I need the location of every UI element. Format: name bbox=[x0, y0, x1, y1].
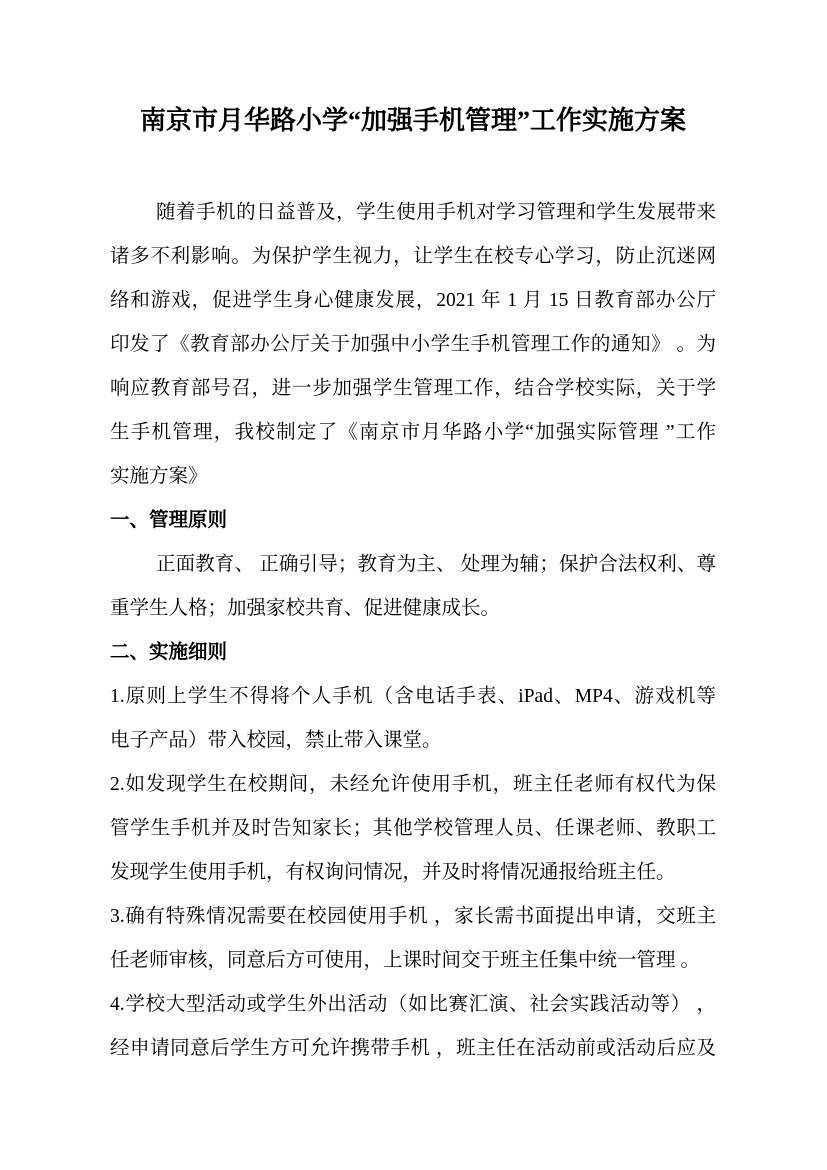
text-line-5: 响应教育部号召，进一步加强学生管理工作，结合学校实际，关于学 bbox=[110, 367, 716, 411]
text-line-6: 生手机管理，我校制定了《南京市月华路小学“加强实际管理 ”工作 bbox=[110, 411, 716, 455]
text-line-7: 实施方案》 bbox=[110, 455, 716, 499]
text-line-19: 4.学校大型活动或学生外出活动（如比赛汇演、社会实践活动等） ， bbox=[110, 983, 716, 1027]
text-line-15: 管学生手机并及时告知家长；其他学校管理人员、任课老师、教职工 bbox=[110, 807, 716, 851]
text-line-16: 发现学生使用手机，有权询问情况，并及时将情况通报给班主任。 bbox=[110, 851, 716, 895]
text-line-3: 络和游戏，促进学生身心健康发展，2021 年 1 月 15 日教育部办公厅 bbox=[110, 279, 716, 323]
text-line-1: 随着手机的日益普及，学生使用手机对学习管理和学生发展带来 bbox=[110, 191, 716, 235]
document-page: 南京市月华路小学“加强手机管理”工作实施方案 随着手机的日益普及，学生使用手机对… bbox=[0, 0, 827, 1170]
text-line-18: 任老师审核，同意后方可使用，上课时间交于班主任集中统一管理 。 bbox=[110, 939, 716, 983]
text-line-14: 2.如发现学生在校期间，未经允许使用手机，班主任老师有权代为保 bbox=[110, 763, 716, 807]
text-line-9: 正面教育、 正确引导；教育为主、 处理为辅；保护合法权利、尊 bbox=[110, 543, 716, 587]
document-body: 随着手机的日益普及，学生使用手机对学习管理和学生发展带来诸多不利影响。为保护学生… bbox=[110, 191, 716, 1071]
text-line-11: 二、实施细则 bbox=[110, 631, 716, 675]
text-line-17: 3.确有特殊情况需要在校园使用手机 ，家长需书面提出申请，交班主 bbox=[110, 895, 716, 939]
text-line-12: 1.原则上学生不得将个人手机（含电话手表、iPad、MP4、游戏机等 bbox=[110, 675, 716, 719]
text-line-10: 重学生人格；加强家校共育、促进健康成长。 bbox=[110, 587, 716, 631]
text-line-13: 电子产品）带入校园，禁止带入课堂。 bbox=[110, 719, 716, 763]
text-line-8: 一、管理原则 bbox=[110, 499, 716, 543]
text-line-2: 诸多不利影响。为保护学生视力，让学生在校专心学习，防止沉迷网 bbox=[110, 235, 716, 279]
document-title: 南京市月华路小学“加强手机管理”工作实施方案 bbox=[110, 99, 716, 143]
text-line-4: 印发了《教育部办公厅关于加强中小学生手机管理工作的通知》 。为 bbox=[110, 323, 716, 367]
text-line-20: 经申请同意后学生方可允许携带手机 ，班主任在活动前或活动后应及 bbox=[110, 1027, 716, 1071]
